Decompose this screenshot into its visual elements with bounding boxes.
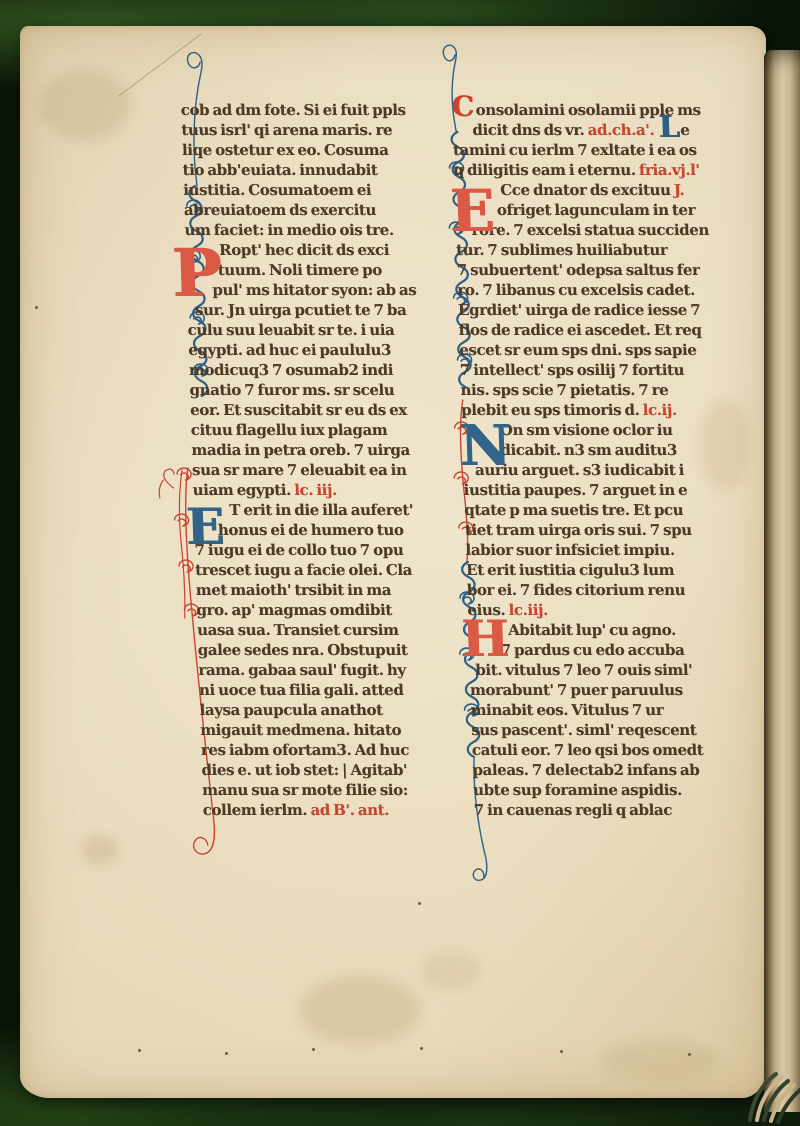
body-text: sur. Jn uirga pcutiet te 7 ba	[195, 301, 407, 319]
rubric-text: fria.vj.l'	[639, 161, 700, 179]
body-text: egypti. ad huc ei paululu3	[188, 341, 391, 359]
body-text: qtate p ma suetis tre. Et pcu	[464, 501, 683, 519]
body-text: res iabm ofortam3. Ad huc	[201, 741, 410, 759]
manuscript-text-line: iustitia paupes. 7 arguet in e	[463, 480, 756, 500]
manuscript-text-line: catuli eor. 7 leo qsi bos omedt	[471, 740, 764, 760]
manuscript-text-line: pul' ms hitator syon: ab as	[186, 280, 445, 300]
manuscript-text-line: sur. Jn uirga pcutiet te 7 ba	[187, 300, 446, 320]
left-margin-red-mark	[158, 469, 174, 498]
body-text: dicabit. n3 sm auditu3	[500, 441, 677, 459]
manuscript-text-line: 7 intellect' sps osilij 7 fortitu	[460, 360, 753, 380]
manuscript-text-line: collem ierlm. ad B'. ant.	[202, 800, 461, 820]
manuscript-text-line: escet sr eum sps dni. sps sapie	[459, 340, 752, 360]
body-text: culu suu leuabit sr te. i uia	[187, 321, 394, 339]
manuscript-text-line: laysa paupcula anathot	[199, 700, 458, 720]
manuscript-text-line: liqe ostetur ex eo. Cosuma	[182, 140, 441, 160]
body-text: modicuq3 7 osumab2 indi	[189, 361, 394, 379]
manuscript-text-line: res iabm ofortam3. Ad huc	[200, 740, 459, 760]
manuscript-text-line: nis. sps scie 7 pietatis. 7 re	[460, 380, 753, 400]
body-text: nis. sps scie 7 pietatis. 7 re	[460, 381, 668, 399]
body-text: On sm visione oclor iu	[499, 421, 672, 439]
manuscript-text-line: morabunt' 7 puer paruulus	[470, 680, 763, 700]
body-text: Et erit iustitia cigulu3 lum	[466, 561, 674, 579]
body-text: ofriget lagunculam in ter	[497, 201, 696, 219]
manuscript-text-line: tiet tram uirga oris sui. 7 spu	[465, 520, 758, 540]
manuscript-text-line: paleas. 7 delectab2 infans ab	[472, 760, 765, 780]
rubric-text: lc. iij.	[294, 481, 337, 499]
manuscript-text-line: ni uoce tua filia gali. atted	[199, 680, 458, 700]
body-text: 7 iugu ei de collo tuo 7 opu	[194, 541, 403, 559]
body-text: morabunt' 7 puer paruulus	[470, 681, 683, 699]
manuscript-text-line: um faciet: in medio ois tre.	[184, 220, 443, 240]
text-block: cob ad dm fote. Si ei fuit pplstuus isrl…	[0, 88, 800, 1126]
manuscript-text-line: 7 in cauenas regli q ablac	[473, 800, 766, 820]
body-text: sus pascent'. siml' reqescent	[471, 721, 697, 739]
body-text: gro. ap' magmas omdibit	[196, 601, 392, 619]
manuscript-text-line: modicuq3 7 osumab2 indi	[189, 360, 448, 380]
filigree-curl	[177, 468, 191, 480]
body-text: eor. Et suscitabit sr eu ds ex	[190, 401, 407, 419]
manuscript-text-line: sua sr mare 7 eleuabit ea in	[192, 460, 451, 480]
body-text: dies e. ut iob stet: | Agitab'	[201, 761, 407, 779]
body-text: galee sedes nra. Obstupuit	[197, 641, 407, 659]
body-text: e	[680, 121, 690, 139]
manuscript-text-line: Egrdiet' uirga de radice iesse 7	[458, 300, 751, 320]
body-text: madia in petra oreb. 7 uirga	[191, 441, 410, 459]
manuscript-text-line: labior suor infsiciet impiu.	[465, 540, 758, 560]
illuminated-initial-E-left: E	[185, 502, 225, 552]
manuscript-text-line: abreuiatoem ds exercitu	[184, 200, 443, 220]
illuminated-initial-P: P	[171, 240, 223, 306]
body-text: 7 pardus cu edo accuba	[500, 641, 684, 659]
body-text: bor ei. 7 fides citorium renu	[466, 581, 685, 599]
illuminated-initial-H: H	[461, 614, 510, 664]
manuscript-text-line: manu sua sr mote filie sio:	[202, 780, 461, 800]
body-text: gnatio 7 furor ms. sr scelu	[189, 381, 394, 399]
manuscript-text-line: T erit in die illa auferet'	[193, 500, 452, 520]
manuscript-text-line: bit. vitulus 7 leo 7 ouis siml'	[469, 660, 762, 680]
manuscript-text-line: Cce dnator ds excituu J.	[454, 180, 747, 200]
manuscript-text-line: dies e. ut iob stet: | Agitab'	[201, 760, 460, 780]
manuscript-text-line: qtate p ma suetis tre. Et pcu	[464, 500, 757, 520]
body-text: cob ad dm fote. Si ei fuit ppls	[180, 101, 405, 119]
manuscript-text-line: madia in petra oreb. 7 uirga	[191, 440, 450, 460]
manuscript-text-line: honus ei de humero tuo	[194, 520, 453, 540]
body-text: flos de radice ei ascedet. Et req	[458, 321, 701, 339]
body-text: 7 subuertent' odepsa saltus fer	[456, 261, 699, 279]
manuscript-text-line: ubte sup foramine aspidis.	[473, 780, 766, 800]
manuscript-text-line: Et erit iustitia cigulu3 lum	[466, 560, 759, 580]
manuscript-text-line: Ropt' hec dicit ds exci	[185, 240, 444, 260]
inline-initial: L	[658, 120, 679, 135]
body-text: tuum. Noli timere po	[217, 261, 382, 279]
manuscript-text-line: uasa sua. Transiet cursim	[197, 620, 456, 640]
body-text: laysa paupcula anathot	[199, 701, 383, 719]
body-text: collem ierlm.	[202, 801, 310, 819]
manuscript-text-line: sus pascent'. siml' reqescent	[471, 720, 764, 740]
manuscript-text-line: gro. ap' magmas omdibit	[196, 600, 455, 620]
manuscript-text-line: egypti. ad huc ei paululu3	[188, 340, 447, 360]
body-text: iustitia. Cosumatoem ei	[183, 181, 372, 199]
manuscript-text-line: flos de radice ei ascedet. Et req	[458, 320, 751, 340]
body-text: ni uoce tua filia gali. atted	[199, 681, 404, 699]
body-text: trescet iugu a facie olei. Cla	[195, 561, 412, 579]
body-text: manu sua sr mote filie sio:	[202, 781, 408, 799]
rubric-text: lc.ij.	[642, 401, 677, 419]
manuscript-text-line: galee sedes nra. Obstupuit	[197, 640, 456, 660]
illuminated-initial-E-right: E	[449, 182, 495, 240]
rubric-text: J.	[674, 181, 685, 199]
body-text: ro. 7 libanus cu excelsis cadet.	[457, 281, 695, 299]
body-text: catuli eor. 7 leo qsi bos omedt	[472, 741, 704, 759]
body-text: Egrdiet' uirga de radice iesse 7	[458, 301, 701, 319]
manuscript-text-line: ofriget lagunculam in ter	[455, 200, 748, 220]
body-text: uasa sua. Transiet cursim	[197, 621, 399, 639]
body-text: escet sr eum sps dni. sps sapie	[459, 341, 697, 359]
filigree-curl	[179, 560, 193, 572]
manuscript-text-line: eius. lc.iij.	[467, 600, 760, 620]
manuscript-text-line: cituu flagellu iux plagam	[190, 420, 449, 440]
body-text: labior suor infsiciet impiu.	[465, 541, 675, 559]
body-text: T erit in die illa auferet'	[229, 501, 413, 519]
body-text: honus ei de humero tuo	[218, 521, 404, 539]
manuscript-text-line: uiam egypti. lc. iij.	[192, 480, 451, 500]
photograph-background: cob ad dm fote. Si ei fuit pplstuus isrl…	[0, 0, 800, 1126]
manuscript-text-line: 7 iugu ei de collo tuo 7 opu	[194, 540, 453, 560]
body-text: paleas. 7 delectab2 infans ab	[472, 761, 699, 779]
manuscript-text-line: eor. Et suscitabit sr eu ds ex	[190, 400, 449, 420]
manuscript-text-line: 7 pardus cu edo accuba	[468, 640, 761, 660]
rubric-text: ad B'. ant.	[310, 801, 389, 819]
manuscript-text-line: gnatio 7 furor ms. sr scelu	[189, 380, 448, 400]
body-text: 7 in cauenas regli q ablac	[473, 801, 672, 819]
body-text: ubte sup foramine aspidis.	[473, 781, 682, 799]
manuscript-text-line: rore. 7 excelsi statua succiden	[455, 220, 748, 240]
manuscript-text-line: bor ei. 7 fides citorium renu	[466, 580, 759, 600]
manuscript-text-line: culu suu leuabit sr te. i uia	[187, 320, 446, 340]
body-text: sua sr mare 7 eleuabit ea in	[192, 461, 407, 479]
manuscript-text-line: met maioth' trsibit in ma	[195, 580, 454, 600]
rubric-text: ad.ch.a'.	[587, 121, 658, 139]
body-text: rama. gabaa saul' fugit. hy	[198, 661, 406, 679]
manuscript-text-line: cob ad dm fote. Si ei fuit ppls	[180, 100, 439, 120]
manuscript-text-line: q diligitis eam i eternu. fria.vj.l'	[453, 160, 746, 180]
body-text: tamini cu ierlm 7 exltate i ea os	[453, 141, 697, 159]
left-text-column: cob ad dm fote. Si ei fuit pplstuus isrl…	[180, 100, 461, 820]
manuscript-text-line: minabit eos. Vitulus 7 ur	[470, 700, 763, 720]
body-text: 7 intellect' sps osilij 7 fortitu	[460, 361, 685, 379]
manuscript-text-line: Consolamini osolamii pple ms	[451, 100, 744, 120]
body-text: dicit dns ds vr.	[472, 121, 588, 139]
body-text: met maioth' trsibit in ma	[195, 581, 391, 599]
illuminated-initial-N: N	[458, 418, 511, 474]
body-text: cituu flagellu iux plagam	[190, 421, 387, 439]
manuscript-text-line: 7 subuertent' odepsa saltus fer	[456, 260, 749, 280]
manuscript-text-line: Abitabit lup' cu agno.	[468, 620, 761, 640]
manuscript-text-line: ro. 7 libanus cu excelsis cadet.	[457, 280, 750, 300]
manuscript-text-line: migauit medmena. hitato	[200, 720, 459, 740]
manuscript-text-line: dicit dns ds vr. ad.ch.a'. Le	[452, 120, 745, 140]
body-text: Ropt' hec dicit ds exci	[219, 241, 390, 259]
body-text: tuus isrl' qi arena maris. re	[181, 121, 392, 139]
body-text: abreuiatoem ds exercitu	[184, 201, 377, 219]
body-text: rore. 7 excelsi statua succiden	[471, 221, 709, 239]
manuscript-text-line: trescet iugu a facie olei. Cla	[195, 560, 454, 580]
manuscript-text-line: tamini cu ierlm 7 exltate i ea os	[453, 140, 746, 160]
body-text: tiet tram uirga oris sui. 7 spu	[465, 521, 692, 539]
manuscript-text-line: tuum. Noli timere po	[185, 260, 444, 280]
manuscript-text-line: tuus isrl' qi arena maris. re	[181, 120, 440, 140]
manuscript-text-line: iustitia. Cosumatoem ei	[183, 180, 442, 200]
body-text: migauit medmena. hitato	[200, 721, 401, 739]
body-text: minabit eos. Vitulus 7 ur	[470, 701, 663, 719]
body-text: Cce dnator ds excituu	[500, 181, 674, 199]
manuscript-text-line: tur. 7 sublimes huiliabutur	[456, 240, 749, 260]
body-text: liqe ostetur ex eo. Cosuma	[182, 141, 389, 159]
manuscript-text-line: rama. gabaa saul' fugit. hy	[198, 660, 457, 680]
body-text: tio abb'euiata. innudabit	[182, 161, 377, 179]
body-text: iustitia paupes. 7 arguet in e	[463, 481, 687, 499]
body-text: pul' ms hitator syon: ab as	[212, 281, 416, 299]
inline-initial: C	[451, 100, 473, 114]
body-text: Abitabit lup' cu agno.	[508, 621, 676, 639]
manuscript-text-line: tio abb'euiata. innudabit	[182, 160, 441, 180]
rubric-text: lc.iij.	[508, 601, 548, 619]
